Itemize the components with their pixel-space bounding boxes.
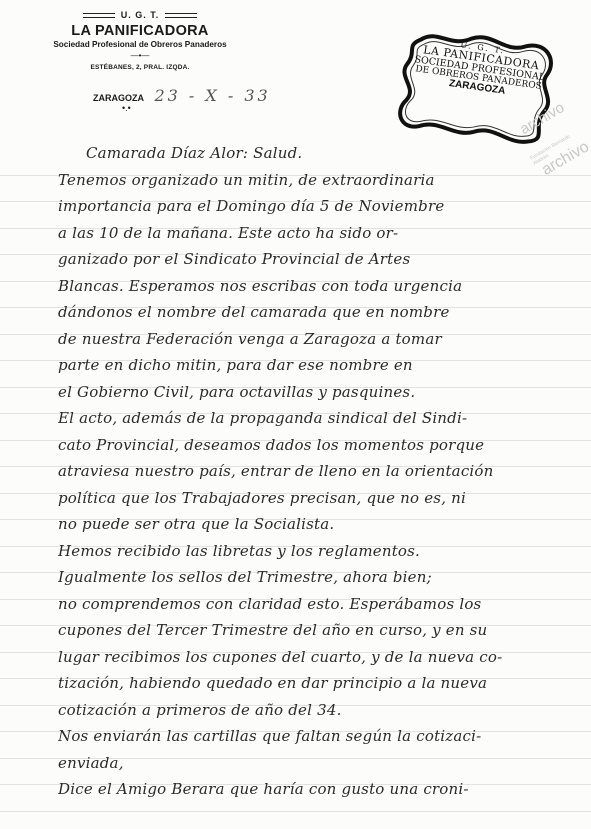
letter-line: tización, habiendo quedado en dar princi… xyxy=(58,670,588,697)
letterhead-org-line: U. G. T. xyxy=(20,10,260,20)
letter-line: cotización a primeros de año del 34. xyxy=(58,697,588,724)
double-rule-decoration xyxy=(165,13,197,18)
letter-line: importancia para el Domingo día 5 de Nov… xyxy=(58,193,588,220)
letter-line: el Gobierno Civil, para octavillas y pas… xyxy=(58,379,588,406)
letter-line: no puede ser otra que la Socialista. xyxy=(58,511,588,538)
letter-line: atraviesa nuestro país, entrar de lleno … xyxy=(58,458,588,485)
double-rule-decoration xyxy=(83,13,115,18)
letter-line: Blancas. Esperamos nos escribas con toda… xyxy=(58,273,588,300)
letter-line: política que los Trabajadores precisan, … xyxy=(58,485,588,512)
scanned-letter-page: U. G. T. LA PANIFICADORA Sociedad Profes… xyxy=(0,0,591,829)
letter-line: Hemos recibido las libretas y los reglam… xyxy=(58,538,588,565)
letter-line: parte en dicho mitin, para dar ese nombr… xyxy=(58,352,588,379)
letter-line: a las 10 de la mañana. Este acto ha sido… xyxy=(58,220,588,247)
letterhead-subtitle: Sociedad Profesional de Obreros Panadero… xyxy=(20,40,260,49)
letter-line: Nos enviarán las cartillas que faltan se… xyxy=(58,723,588,750)
letterhead: U. G. T. LA PANIFICADORA Sociedad Profes… xyxy=(20,10,260,71)
letterhead-address: ESTÉBANES, 2, PRAL. IZQDA. xyxy=(20,64,260,71)
letter-greeting: Camarada Díaz Alor: Salud. xyxy=(58,140,588,167)
letterhead-city: ZARAGOZA xyxy=(93,93,144,103)
handwritten-date: 23 - X - 33 xyxy=(154,86,270,105)
letter-line: enviada, xyxy=(58,750,588,777)
letter-line: cato Provincial, deseamos dados los mome… xyxy=(58,432,588,459)
letter-line: dándonos el nombre del camarada que en n… xyxy=(58,299,588,326)
letter-line: Tenemos organizado un mitin, de extraord… xyxy=(58,167,588,194)
ruled-line xyxy=(0,811,591,812)
letter-line: Dice el Amigo Berara que haría con gusto… xyxy=(58,776,588,803)
city-date-row: ZARAGOZA 23 - X - 33 xyxy=(93,86,271,106)
dots-ornament: •.• xyxy=(122,103,131,113)
handwritten-letter-body: Camarada Díaz Alor: Salud.Tenemos organi… xyxy=(58,140,588,803)
letter-line: de nuestra Federación venga a Zaragoza a… xyxy=(58,326,588,353)
letter-line: ganizado por el Sindicato Provincial de … xyxy=(58,246,588,273)
letter-line: Igualmente los sellos del Trimestre, aho… xyxy=(58,564,588,591)
letter-line: lugar recibimos los cupones del cuarto, … xyxy=(58,644,588,671)
letter-line: no comprendemos con claridad esto. Esper… xyxy=(58,591,588,618)
letter-line: El acto, además de la propaganda sindica… xyxy=(58,405,588,432)
org-acronym: U. G. T. xyxy=(121,10,160,20)
ornament-divider: —•— xyxy=(20,51,260,60)
letter-line: cupones del Tercer Trimestre del año en … xyxy=(58,617,588,644)
letterhead-title: LA PANIFICADORA xyxy=(20,23,260,39)
